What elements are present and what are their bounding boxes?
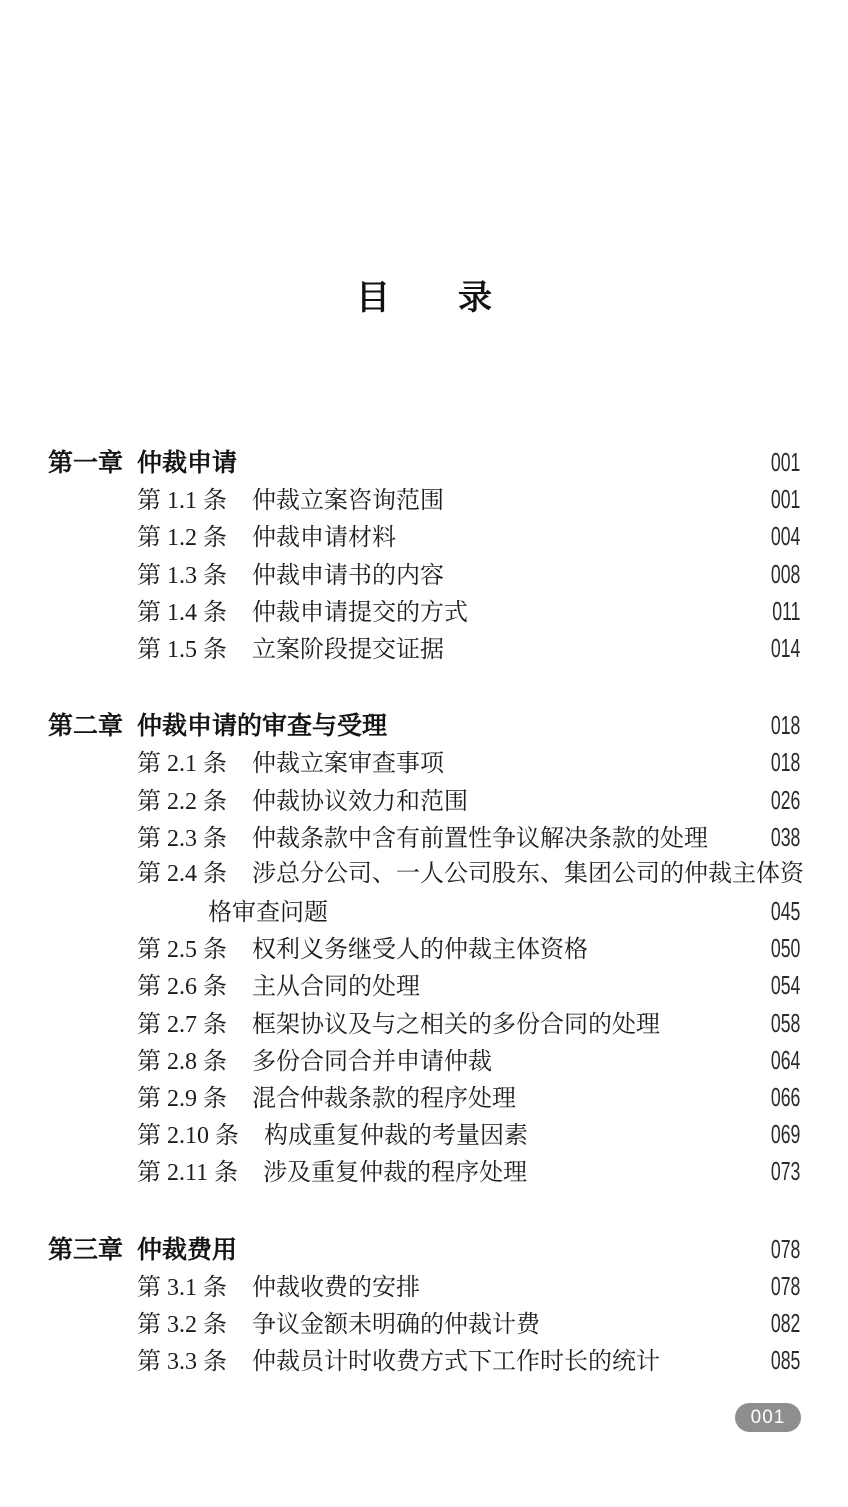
section-page-number: 073 (770, 1153, 800, 1190)
section-label: 第 1.1 条 (137, 483, 227, 520)
section-label: 第 2.4 条 (137, 856, 227, 893)
section-page-number: 058 (770, 1005, 800, 1042)
toc-section-entry: 第 1.2 条仲裁申请材料004 (48, 518, 800, 555)
toc-list: 第一章仲裁申请001第 1.1 条仲裁立案咨询范围001第 1.2 条仲裁申请材… (48, 444, 800, 1379)
section-page-number: 045 (770, 893, 800, 930)
toc-section-entry: 第 2.11 条涉及重复仲裁的程序处理073 (48, 1153, 800, 1190)
section-page-number: 054 (770, 967, 800, 1004)
section-title: 涉总分公司、一人公司股东、集团公司的仲裁主体资 (252, 856, 804, 893)
section-page-number: 085 (770, 1342, 800, 1379)
section-title-continued: 格审查问题 (208, 895, 328, 932)
section-page-number: 069 (770, 1116, 800, 1153)
toc-section-entry: 第 2.10 条构成重复仲裁的考量因素069 (48, 1116, 800, 1153)
section-label: 第 1.5 条 (137, 632, 227, 669)
section-label: 第 3.1 条 (137, 1270, 227, 1307)
toc-section-entry: 第 2.8 条多份合同合并申请仲裁064 (48, 1042, 800, 1079)
section-title: 仲裁员计时收费方式下工作时长的统计 (252, 1344, 660, 1381)
section-title: 仲裁申请提交的方式 (252, 595, 468, 632)
section-label: 第 1.2 条 (137, 520, 227, 557)
section-page-number: 026 (770, 782, 800, 819)
section-title: 框架协议及与之相关的多份合同的处理 (252, 1007, 660, 1044)
toc-section-entry: 第 2.2 条仲裁协议效力和范围026 (48, 782, 800, 819)
section-label: 第 2.9 条 (137, 1081, 227, 1118)
section-page-number: 078 (770, 1268, 800, 1305)
page-title: 目 录 (0, 280, 848, 317)
section-label: 第 2.11 条 (137, 1155, 238, 1192)
section-label: 第 3.3 条 (137, 1344, 227, 1381)
section-title: 多份合同合并申请仲裁 (252, 1044, 492, 1081)
toc-section-entry: 第 3.3 条仲裁员计时收费方式下工作时长的统计085 (48, 1342, 800, 1379)
chapter-page-number: 001 (770, 444, 800, 481)
section-label: 第 1.4 条 (137, 595, 227, 632)
section-page-number: 004 (770, 518, 800, 555)
section-label: 第 1.3 条 (137, 558, 227, 595)
section-title: 构成重复仲裁的考量因素 (264, 1118, 528, 1155)
section-title: 仲裁申请材料 (252, 520, 396, 557)
chapter-title: 仲裁费用 (137, 1232, 237, 1269)
section-label: 第 2.7 条 (137, 1007, 227, 1044)
section-label: 第 2.3 条 (137, 821, 227, 858)
toc-section-entry: 第 2.4 条涉总分公司、一人公司股东、集团公司的仲裁主体资 (48, 856, 800, 893)
section-page-number: 066 (770, 1079, 800, 1116)
toc-section-entry: 第 2.9 条混合仲裁条款的程序处理066 (48, 1079, 800, 1116)
chapter-heading: 第三章仲裁费用078 (48, 1231, 800, 1268)
section-label: 第 2.10 条 (137, 1118, 239, 1155)
section-page-number: 018 (770, 744, 800, 781)
section-label: 第 3.2 条 (137, 1307, 227, 1344)
section-page-number: 014 (770, 630, 800, 667)
toc-section-entry: 第 1.5 条立案阶段提交证据014 (48, 630, 800, 667)
chapter-page-number: 018 (770, 707, 800, 744)
chapter-heading: 第二章仲裁申请的审查与受理018 (48, 707, 800, 744)
section-page-number: 008 (770, 556, 800, 593)
section-title: 主从合同的处理 (252, 969, 420, 1006)
chapter-title: 仲裁申请的审查与受理 (137, 708, 387, 745)
toc-section-entry-continuation: 格审查问题045 (48, 893, 800, 930)
section-page-number: 050 (770, 930, 800, 967)
footer-page-badge: 001 (735, 1403, 801, 1432)
toc-section-entry: 第 1.3 条仲裁申请书的内容008 (48, 556, 800, 593)
section-page-number: 011 (772, 593, 800, 630)
chapter-heading: 第一章仲裁申请001 (48, 444, 800, 481)
toc-section-entry: 第 2.7 条框架协议及与之相关的多份合同的处理058 (48, 1005, 800, 1042)
section-label: 第 2.5 条 (137, 932, 227, 969)
section-title: 仲裁收费的安排 (252, 1270, 420, 1307)
chapter-page-number: 078 (770, 1231, 800, 1268)
section-page-number: 001 (770, 481, 800, 518)
section-label: 第 2.1 条 (137, 746, 227, 783)
toc-page: 目 录 第一章仲裁申请001第 1.1 条仲裁立案咨询范围001第 1.2 条仲… (0, 0, 848, 1507)
section-title: 仲裁立案咨询范围 (252, 483, 444, 520)
chapter-label: 第二章 (48, 708, 137, 745)
section-title: 仲裁协议效力和范围 (252, 784, 468, 821)
toc-section-entry: 第 2.1 条仲裁立案审查事项018 (48, 744, 800, 781)
section-label: 第 2.8 条 (137, 1044, 227, 1081)
toc-section-entry: 第 2.3 条仲裁条款中含有前置性争议解决条款的处理038 (48, 819, 800, 856)
section-title: 立案阶段提交证据 (252, 632, 444, 669)
section-title: 混合仲裁条款的程序处理 (252, 1081, 516, 1118)
chapter-title: 仲裁申请 (137, 445, 237, 482)
section-title: 涉及重复仲裁的程序处理 (263, 1155, 527, 1192)
section-page-number: 082 (770, 1305, 800, 1342)
toc-section-entry: 第 1.4 条仲裁申请提交的方式011 (48, 593, 800, 630)
section-title: 仲裁立案审查事项 (252, 746, 444, 783)
section-label: 第 2.2 条 (137, 784, 227, 821)
section-title: 仲裁申请书的内容 (252, 558, 444, 595)
section-title: 争议金额未明确的仲裁计费 (252, 1307, 540, 1344)
section-page-number: 038 (770, 819, 800, 856)
section-page-number: 064 (770, 1042, 800, 1079)
chapter-label: 第一章 (48, 445, 137, 482)
toc-section-entry: 第 3.1 条仲裁收费的安排078 (48, 1268, 800, 1305)
toc-section-entry: 第 2.6 条主从合同的处理054 (48, 967, 800, 1004)
chapter-label: 第三章 (48, 1232, 137, 1269)
section-title: 权利义务继受人的仲裁主体资格 (252, 932, 588, 969)
section-label: 第 2.6 条 (137, 969, 227, 1006)
section-title: 仲裁条款中含有前置性争议解决条款的处理 (252, 821, 708, 858)
toc-section-entry: 第 1.1 条仲裁立案咨询范围001 (48, 481, 800, 518)
toc-section-entry: 第 3.2 条争议金额未明确的仲裁计费082 (48, 1305, 800, 1342)
toc-section-entry: 第 2.5 条权利义务继受人的仲裁主体资格050 (48, 930, 800, 967)
